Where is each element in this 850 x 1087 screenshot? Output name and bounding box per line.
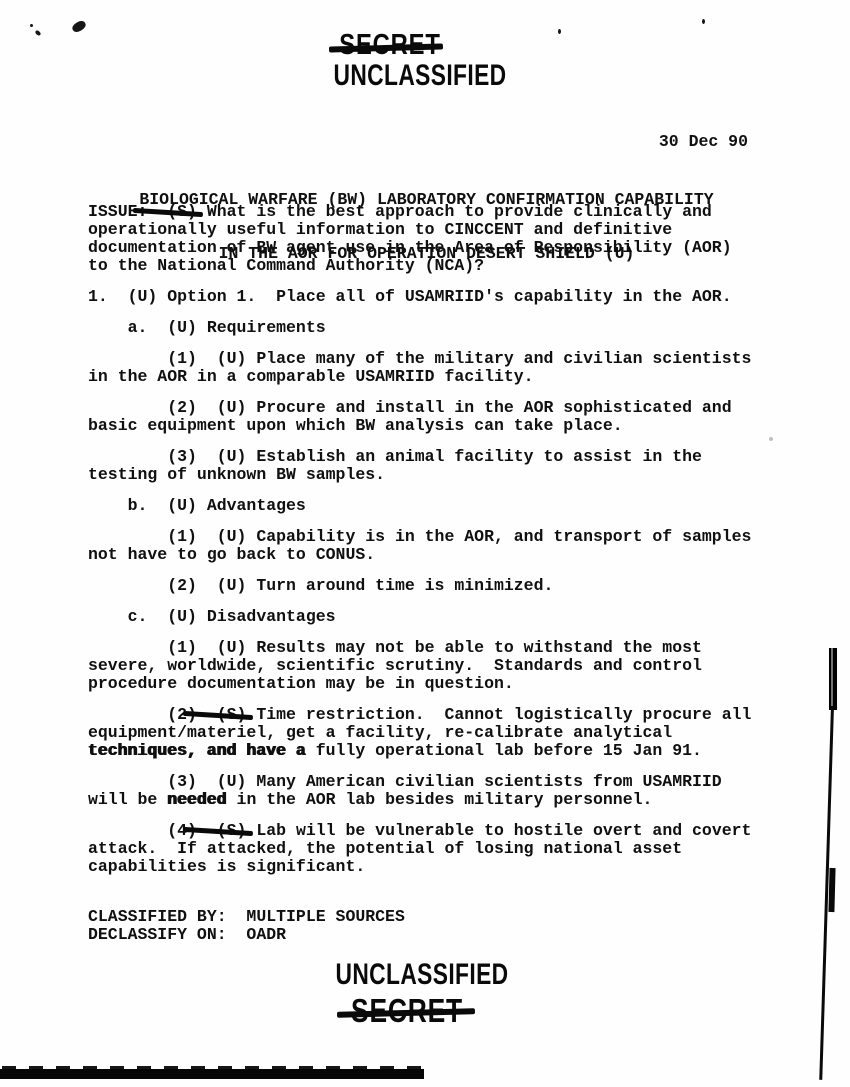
text-segment: (2) (U) Procure and install in the AOR s…: [88, 398, 732, 417]
text-line: (1) (U) Capability is in the AOR, and tr…: [88, 528, 788, 546]
struck-classification-marking: (S): [217, 706, 247, 724]
text-segment: severe, worldwide, scientific scrutiny. …: [88, 656, 702, 675]
text-line: (2) (S) Time restriction. Cannot logisti…: [88, 706, 788, 724]
text-line: (1) (U) Results may not be able to withs…: [88, 639, 788, 657]
paragraph: (1) (U) Place many of the military and c…: [88, 350, 788, 386]
paragraph: 1. (U) Option 1. Place all of USAMRIID's…: [88, 288, 788, 306]
text-segment: What is the best approach to provide cli…: [197, 202, 712, 221]
text-line: attack. If attacked, the potential of lo…: [88, 840, 788, 858]
text-line: (3) (U) Many American civilian scientist…: [88, 773, 788, 791]
text-line: DECLASSIFY ON: OADR: [88, 926, 788, 944]
text-line: capabilities is significant.: [88, 858, 788, 876]
text-line: procedure documentation may be in questi…: [88, 675, 788, 693]
text-line: (2) (U) Procure and install in the AOR s…: [88, 399, 788, 417]
document-page: SECRET UNCLASSIFIED 30 Dec 90 BIOLOGICAL…: [0, 0, 850, 1087]
text-line: b. (U) Advantages: [88, 497, 788, 515]
document-body: ISSUE: (S) What is the best approach to …: [88, 203, 788, 944]
ink-speckle: [558, 29, 561, 34]
text-line: c. (U) Disadvantages: [88, 608, 788, 626]
paragraph: (2) (S) Time restriction. Cannot logisti…: [88, 706, 788, 760]
text-segment: will be: [88, 790, 167, 809]
ink-speckle: [30, 24, 33, 27]
text-segment: (1) (U) Capability is in the AOR, and tr…: [88, 527, 751, 546]
text-segment: in the AOR lab besides military personne…: [227, 790, 653, 809]
text-segment: 1. (U) Option 1. Place all of USAMRIID's…: [88, 287, 732, 306]
text-line: (2) (U) Turn around time is minimized.: [88, 577, 788, 595]
text-line: testing of unknown BW samples.: [88, 466, 788, 484]
text-line: (3) (U) Establish an animal facility to …: [88, 448, 788, 466]
text-segment: Time restriction. Cannot logistically pr…: [246, 705, 751, 724]
paragraph: ISSUE: (S) What is the best approach to …: [88, 203, 788, 275]
paragraph: (1) (U) Results may not be able to withs…: [88, 639, 788, 693]
text-segment: not have to go back to CONUS.: [88, 545, 375, 564]
text-line: (4) (S) Lab will be vulnerable to hostil…: [88, 822, 788, 840]
text-segment: needed: [167, 790, 226, 809]
text-segment: procedure documentation may be in questi…: [88, 674, 514, 693]
paragraph: (3) (U) Establish an animal facility to …: [88, 448, 788, 484]
paragraph: (4) (S) Lab will be vulnerable to hostil…: [88, 822, 788, 876]
paragraph: (2) (U) Procure and install in the AOR s…: [88, 399, 788, 435]
text-line: a. (U) Requirements: [88, 319, 788, 337]
text-segment: fully operational lab before 15 Jan 91.: [306, 741, 702, 760]
paragraph: CLASSIFIED BY: MULTIPLE SOURCESDECLASSIF…: [88, 908, 788, 944]
text-segment: DECLASSIFY ON: OADR: [88, 925, 286, 944]
scan-artifact-right-line-thick: [829, 648, 837, 710]
text-line: basic equipment upon which BW analysis c…: [88, 417, 788, 435]
text-segment: Lab will be vulnerable to hostile overt …: [246, 821, 751, 840]
text-segment: (3) (U) Many American civilian scientist…: [88, 772, 722, 791]
text-segment: to the National Command Authority (NCA)?: [88, 256, 484, 275]
text-segment: testing of unknown BW samples.: [88, 465, 385, 484]
text-line: to the National Command Authority (NCA)?: [88, 257, 788, 275]
text-segment: (2) (U) Turn around time is minimized.: [88, 576, 553, 595]
paragraph: a. (U) Requirements: [88, 319, 788, 337]
text-segment: (3) (U) Establish an animal facility to …: [88, 447, 702, 466]
text-line: not have to go back to CONUS.: [88, 546, 788, 564]
paragraph: (3) (U) Many American civilian scientist…: [88, 773, 788, 809]
text-line: techniques, and have a fully operational…: [88, 742, 788, 760]
text-line: (1) (U) Place many of the military and c…: [88, 350, 788, 368]
text-segment: basic equipment upon which BW analysis c…: [88, 416, 623, 435]
paragraph: c. (U) Disadvantages: [88, 608, 788, 626]
text-line: in the AOR in a comparable USAMRIID faci…: [88, 368, 788, 386]
document-date: 30 Dec 90: [88, 133, 748, 151]
text-line: severe, worldwide, scientific scrutiny. …: [88, 657, 788, 675]
text-line: will be needed in the AOR lab besides mi…: [88, 791, 788, 809]
text-line: ISSUE: (S) What is the best approach to …: [88, 203, 788, 221]
text-segment: equipment/materiel, get a facility, re-c…: [88, 723, 672, 742]
paragraph: (1) (U) Capability is in the AOR, and tr…: [88, 528, 788, 564]
ink-speckle: [34, 30, 41, 37]
scan-artifact-bottom-bar: [0, 1069, 424, 1079]
text-line: equipment/materiel, get a facility, re-c…: [88, 724, 788, 742]
text-line: documentation of BW agent use in the Are…: [88, 239, 788, 257]
unclassified-stamp-bottom: UNCLASSIFIED: [335, 958, 508, 992]
text-segment: attack. If attacked, the potential of lo…: [88, 839, 682, 858]
ink-speckle: [71, 19, 88, 34]
text-segment: operationally useful information to CINC…: [88, 220, 672, 239]
text-segment: b. (U) Advantages: [88, 496, 306, 515]
ink-speckle: [702, 19, 705, 24]
paragraph: (2) (U) Turn around time is minimized.: [88, 577, 788, 595]
text-segment: (1) (U) Place many of the military and c…: [88, 349, 751, 368]
text-segment: (1) (U) Results may not be able to withs…: [88, 638, 702, 657]
struck-classification-marking: (S): [217, 822, 247, 840]
text-segment: a. (U) Requirements: [88, 318, 326, 337]
text-segment: techniques, and have a: [88, 741, 306, 760]
text-segment: in the AOR in a comparable USAMRIID faci…: [88, 367, 534, 386]
text-line: operationally useful information to CINC…: [88, 221, 788, 239]
text-segment: documentation of BW agent use in the Are…: [88, 238, 732, 257]
text-segment: c. (U) Disadvantages: [88, 607, 336, 626]
text-line: 1. (U) Option 1. Place all of USAMRIID's…: [88, 288, 788, 306]
scan-artifact-right-line-nub: [828, 868, 835, 912]
text-line: CLASSIFIED BY: MULTIPLE SOURCES: [88, 908, 788, 926]
unclassified-stamp-top: UNCLASSIFIED: [333, 59, 506, 93]
text-segment: capabilities is significant.: [88, 857, 365, 876]
struck-classification-marking: (S): [167, 203, 197, 221]
paragraph: b. (U) Advantages: [88, 497, 788, 515]
text-segment: CLASSIFIED BY: MULTIPLE SOURCES: [88, 907, 405, 926]
